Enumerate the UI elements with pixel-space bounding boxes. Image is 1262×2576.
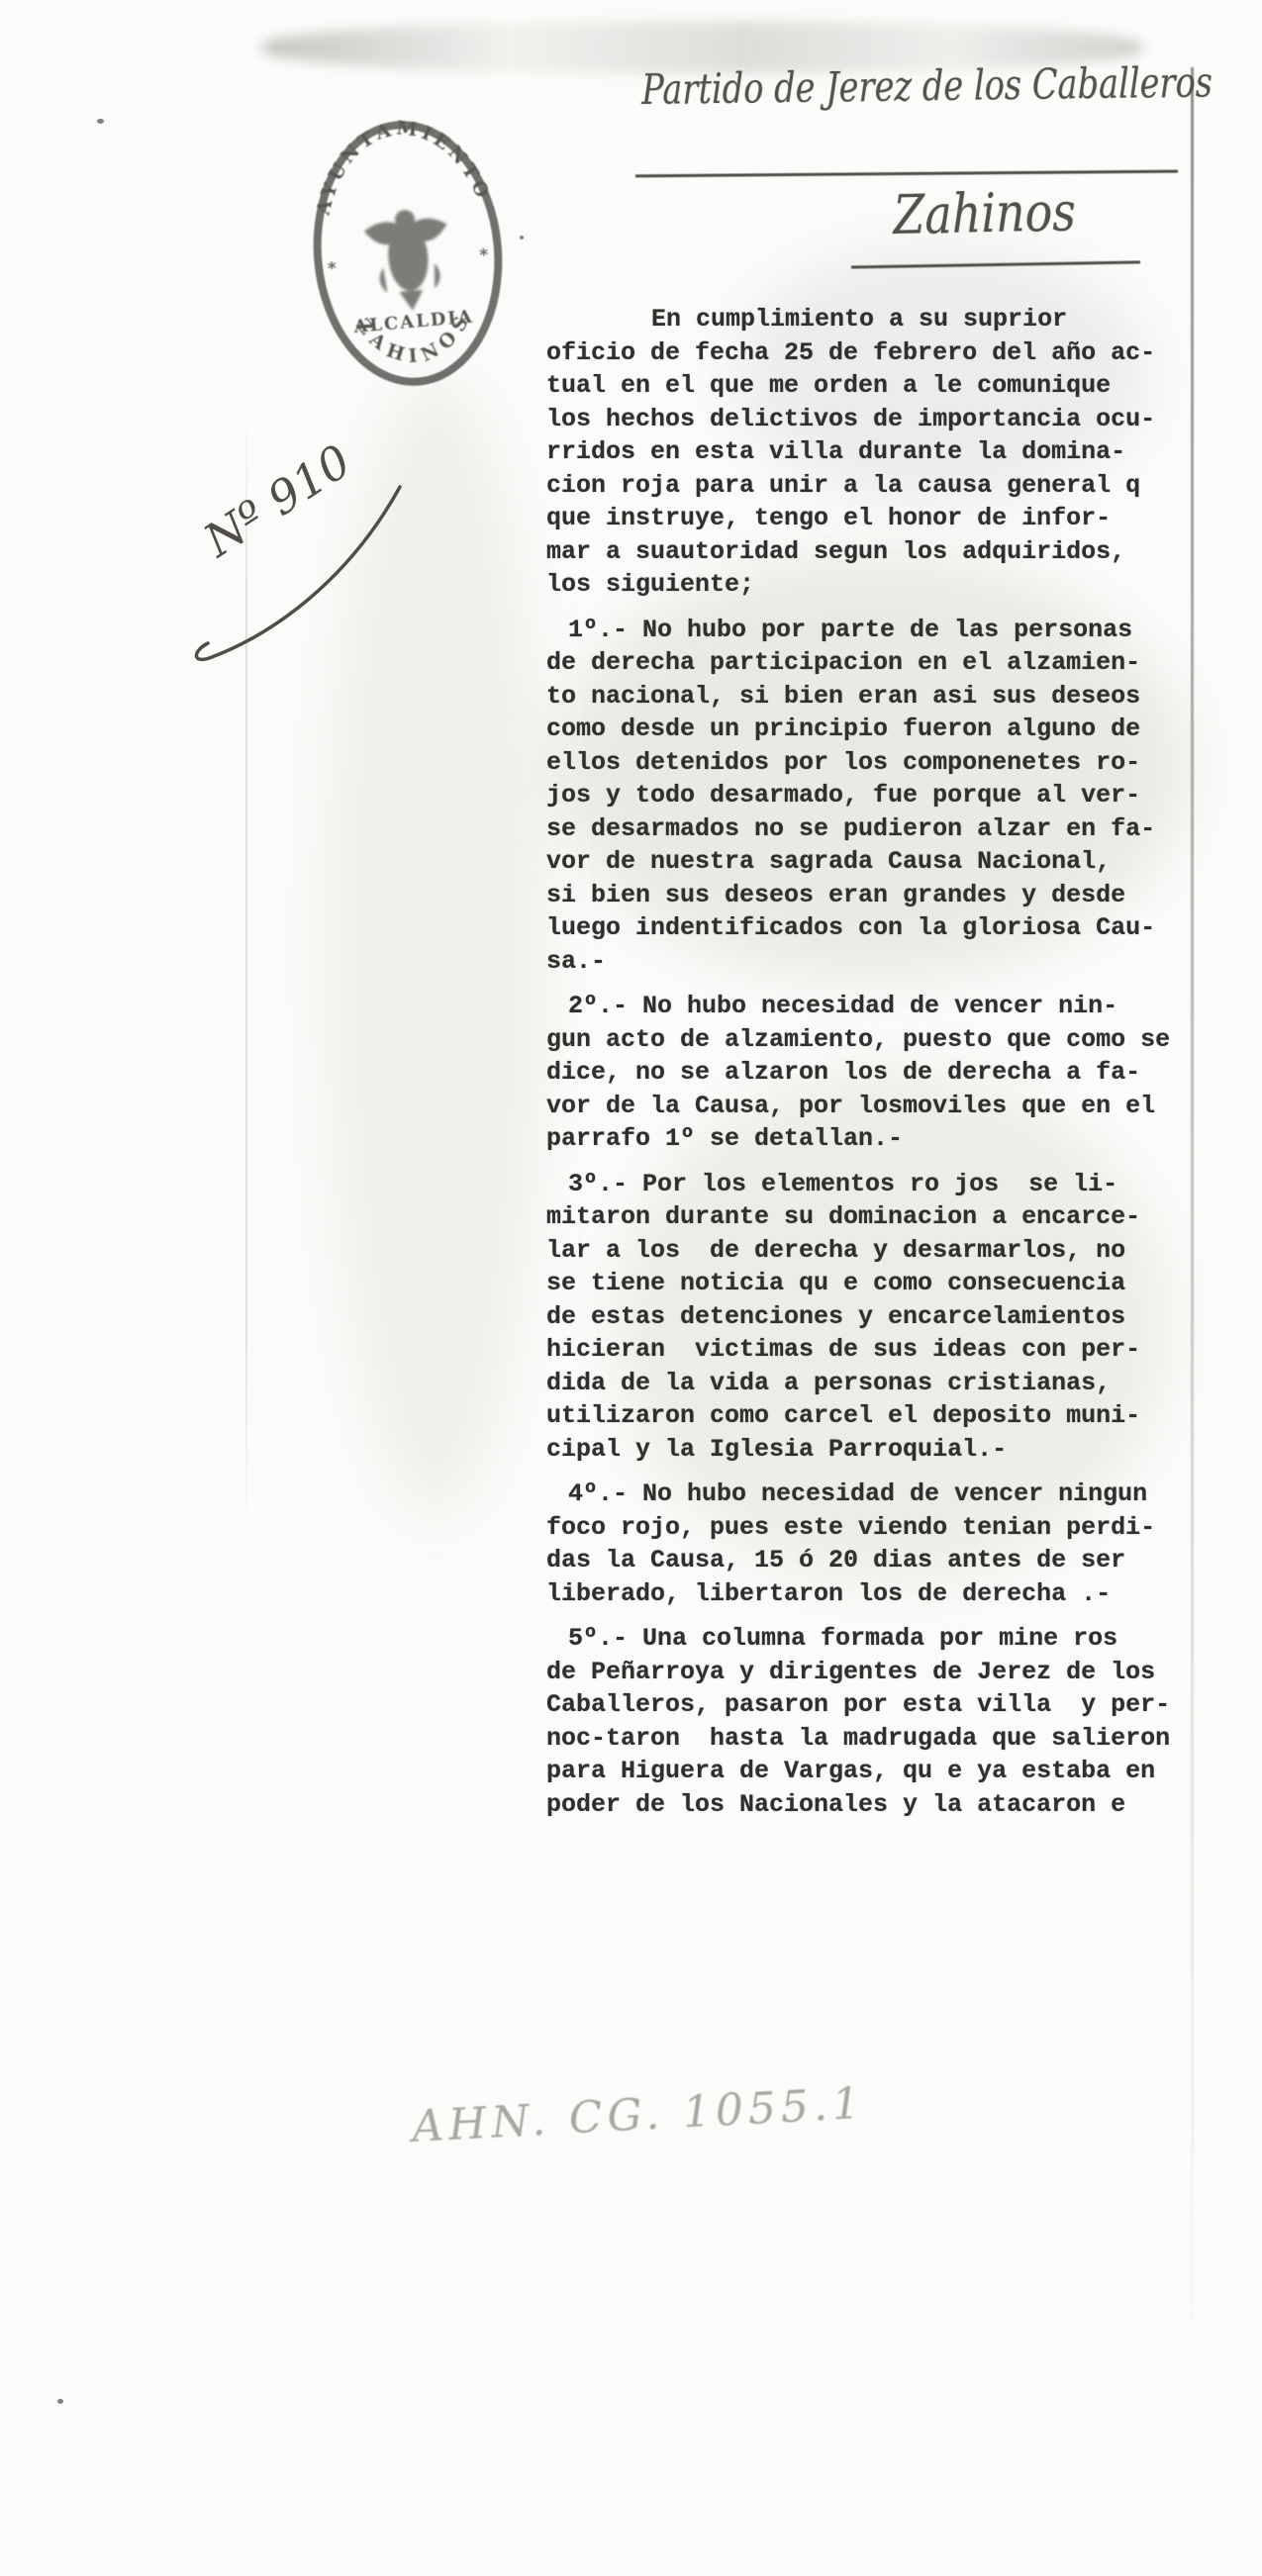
typed-line: lar a los de derecha y desarmarlos, no	[546, 1234, 1200, 1268]
seal-ornament-right: *	[479, 245, 490, 266]
seal-ornament-left: *	[327, 258, 338, 279]
typed-line: ellos detenidos por los componenetes ro-	[546, 746, 1200, 780]
typed-line: como desde un principio fueron alguno de	[546, 713, 1200, 746]
typed-line: hicieran victimas de sus ideas con per-	[546, 1333, 1200, 1367]
typed-line: poder de los Nacionales y la atacaron e	[546, 1788, 1200, 1822]
typed-line: foco rojo, pues este viendo tenian perdi…	[546, 1511, 1200, 1545]
typed-line: jos y todo desarmado, fue porque al ver-	[546, 779, 1200, 812]
header-underline	[635, 170, 1178, 178]
typed-line: oficio de fecha 25 de febrero del año ac…	[546, 336, 1200, 370]
handwritten-header-district: Partido de Jerez de los Caballeros	[641, 57, 1213, 114]
typed-line: 3º.- Por los elementos ro jos se li-	[546, 1168, 1200, 1201]
typed-line: dida de la vida a personas cristianas,	[546, 1367, 1200, 1400]
typed-line: luego indentificados con la gloriosa Cau…	[546, 911, 1200, 945]
typed-line: cion roja para unir a la causa general q	[546, 469, 1200, 503]
number-note-text: Nº 910	[194, 433, 360, 567]
typed-line: mitaron durante su dominacion a encarce-	[546, 1200, 1200, 1234]
paragraph-intro: En cumplimiento a su suprioroficio de fe…	[546, 303, 1200, 602]
typed-line: liberado, libertaron los de derecha .-	[546, 1577, 1200, 1611]
typed-line: 1º.- No hubo por parte de las personas	[546, 614, 1200, 647]
typed-line: de Peñarroya y dirigentes de Jerez de lo…	[546, 1656, 1200, 1689]
typed-line: 2º.- No hubo necesidad de vencer nin-	[546, 990, 1200, 1023]
typed-line: das la Causa, 15 ó 20 dias antes de ser	[546, 1544, 1200, 1577]
typed-line: gun acto de alzamiento, puesto que como …	[546, 1023, 1200, 1057]
archive-reference-note: AHN. CG. 1055.1	[411, 2078, 866, 2152]
typed-line: En cumplimiento a su suprior	[546, 303, 1200, 336]
paragraph-5: 5º.- Una columna formada por mine rosde …	[546, 1622, 1200, 1821]
typed-line: utilizaron como carcel el deposito muni-	[546, 1399, 1200, 1433]
typed-body: En cumplimiento a su suprioroficio de fe…	[546, 303, 1200, 1833]
typed-line: noc-taron hasta la madrugada que saliero…	[546, 1722, 1200, 1756]
typed-line: vor de nuestra sagrada Causa Nacional,	[546, 845, 1200, 879]
scanned-document-page: AYUNTAMIENTO ZAHINOS * * ALCALDIA Partid…	[0, 0, 1262, 2576]
typed-line: los siguiente;	[546, 568, 1200, 602]
ink-speck	[520, 236, 524, 239]
typed-line: los hechos delictivos de importancia ocu…	[546, 403, 1200, 436]
ink-speck	[57, 2399, 63, 2404]
typed-line: de derecha participacion en el alzamien-	[546, 646, 1200, 680]
typed-line: cipal y la Iglesia Parroquial.-	[546, 1433, 1200, 1467]
handwritten-header-town: Zahinos	[893, 180, 1076, 246]
paragraph-1: 1º.- No hubo por parte de las personasde…	[546, 614, 1200, 979]
ink-speck	[97, 119, 104, 124]
municipal-seal-stamp: AYUNTAMIENTO ZAHINOS * * ALCALDIA	[297, 109, 518, 398]
handwritten-number-note: Nº 910	[166, 433, 434, 681]
typed-line: sa.-	[546, 945, 1200, 979]
typed-line: vor de la Causa, por losmoviles que en e…	[546, 1090, 1200, 1123]
typed-line: Caballeros, pasaron por esta villa y per…	[546, 1688, 1200, 1722]
typed-line: tual en el que me orden a le comunique	[546, 369, 1200, 403]
typed-line: para Higuera de Vargas, qu e ya estaba e…	[546, 1755, 1200, 1788]
paragraph-3: 3º.- Por los elementos ro jos se li-mita…	[546, 1168, 1200, 1467]
typed-line: 4º.- No hubo necesidad de vencer ningun	[546, 1478, 1200, 1511]
typed-line: parrafo 1º se detallan.-	[546, 1122, 1200, 1156]
typed-line: que instruye, tengo el honor de infor-	[546, 502, 1200, 535]
typed-line: mar a suautoridad segun los adquiridos,	[546, 535, 1200, 569]
typed-line: si bien sus deseos eran grandes y desde	[546, 879, 1200, 912]
typed-line: 5º.- Una columna formada por mine ros	[546, 1622, 1200, 1656]
typed-line: se tiene noticia qu e como consecuencia	[546, 1267, 1200, 1300]
typed-line: dice, no se alzaron los de derecha a fa-	[546, 1056, 1200, 1090]
typed-line: se desarmados no se pudieron alzar en fa…	[546, 812, 1200, 846]
typed-line: de estas detenciones y encarcelamientos	[546, 1300, 1200, 1334]
typed-line: rridos en esta villa durante la domina-	[546, 435, 1200, 469]
typed-line: to nacional, si bien eran asi sus deseos	[546, 680, 1200, 714]
eagle-emblem-icon	[362, 207, 454, 315]
paragraph-2: 2º.- No hubo necesidad de vencer nin-gun…	[546, 990, 1200, 1156]
paragraph-4: 4º.- No hubo necesidad de vencer ningunf…	[546, 1478, 1200, 1610]
